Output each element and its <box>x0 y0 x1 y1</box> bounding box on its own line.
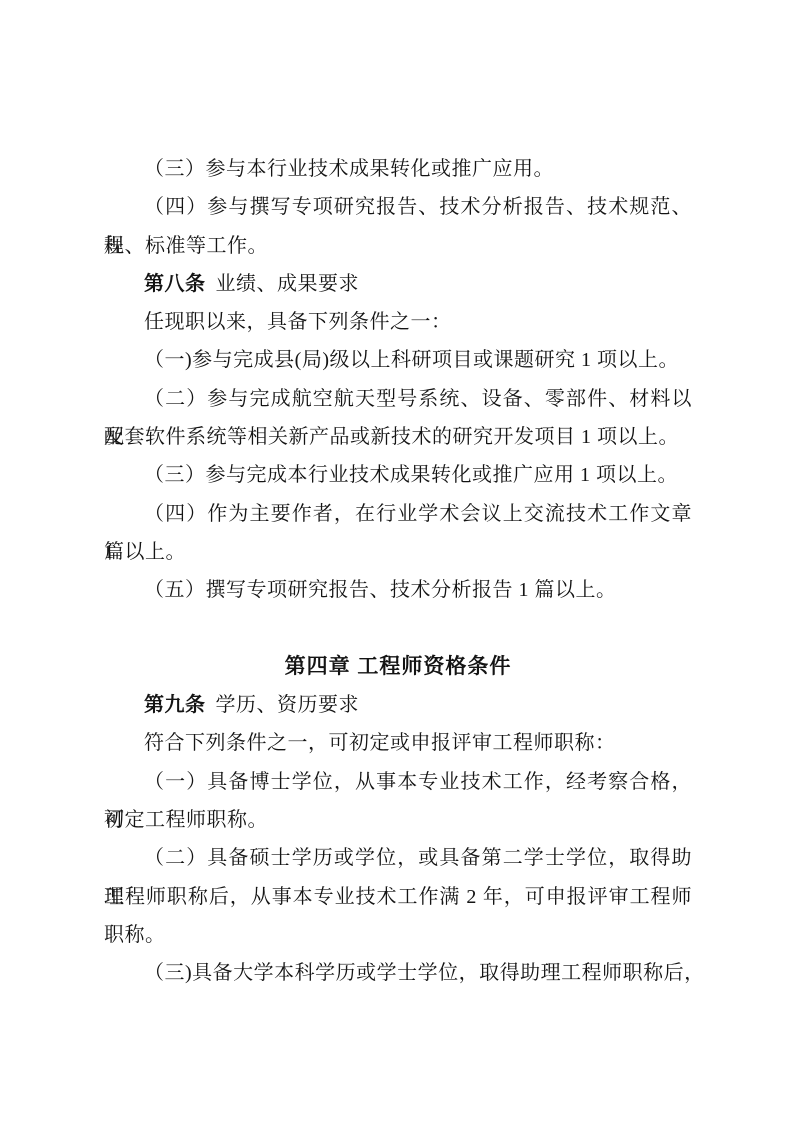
body-line: （二）参与完成航空航天型号系统、设备、零部件、材料以及 <box>104 380 692 418</box>
body-line: 符合下列条件之一，可初定或申报评审工程师职称： <box>104 724 692 762</box>
article-number: 第九条 <box>144 694 206 716</box>
body-line: 工程师职称后，从事本专业技术工作满 2 年，可申报评审工程师 <box>104 878 692 916</box>
body-line: （四）参与撰写专项研究报告、技术分析报告、技术规范、规 <box>104 188 692 226</box>
body-line: （三）参与本行业技术成果转化或推广应用。 <box>104 150 692 188</box>
article-heading-line: 第八条业绩、成果要求 <box>104 265 692 303</box>
body-line: 配套软件系统等相关新产品或新技术的研究开发项目 1 项以上。 <box>104 418 692 456</box>
body-line: （一）具备博士学位，从事本专业技术工作，经考察合格，可 <box>104 763 692 801</box>
article-heading-line: 第九条学历、资历要求 <box>104 686 692 724</box>
article-title: 学历、资历要求 <box>216 694 360 716</box>
body-line: 职称。 <box>104 916 692 954</box>
body-line: 初定工程师职称。 <box>104 801 692 839</box>
document-page: （三）参与本行业技术成果转化或推广应用。（四）参与撰写专项研究报告、技术分析报告… <box>0 0 793 1122</box>
body-line: 篇以上。 <box>104 533 692 571</box>
body-line: （三）参与完成本行业技术成果转化或推广应用 1 项以上。 <box>104 456 692 494</box>
body-line: 任现职以来，具备下列条件之一： <box>104 303 692 341</box>
blank-line <box>104 610 692 648</box>
body-line: 程、标准等工作。 <box>104 227 692 265</box>
article-title: 业绩、成果要求 <box>216 273 360 295</box>
chapter-heading: 第四章 工程师资格条件 <box>104 648 692 686</box>
body-line: （一)参与完成县(局)级以上科研项目或课题研究 1 项以上。 <box>104 341 692 379</box>
body-line: （五）撰写专项研究报告、技术分析报告 1 篇以上。 <box>104 571 692 609</box>
body-line: （三)具备大学本科学历或学士学位，取得助理工程师职称后， <box>104 954 692 992</box>
article-number: 第八条 <box>144 273 206 295</box>
document-content: （三）参与本行业技术成果转化或推广应用。（四）参与撰写专项研究报告、技术分析报告… <box>104 150 692 993</box>
body-line: （二）具备硕士学历或学位，或具备第二学士学位，取得助理 <box>104 839 692 877</box>
body-line: （四）作为主要作者，在行业学术会议上交流技术工作文章 1 <box>104 495 692 533</box>
